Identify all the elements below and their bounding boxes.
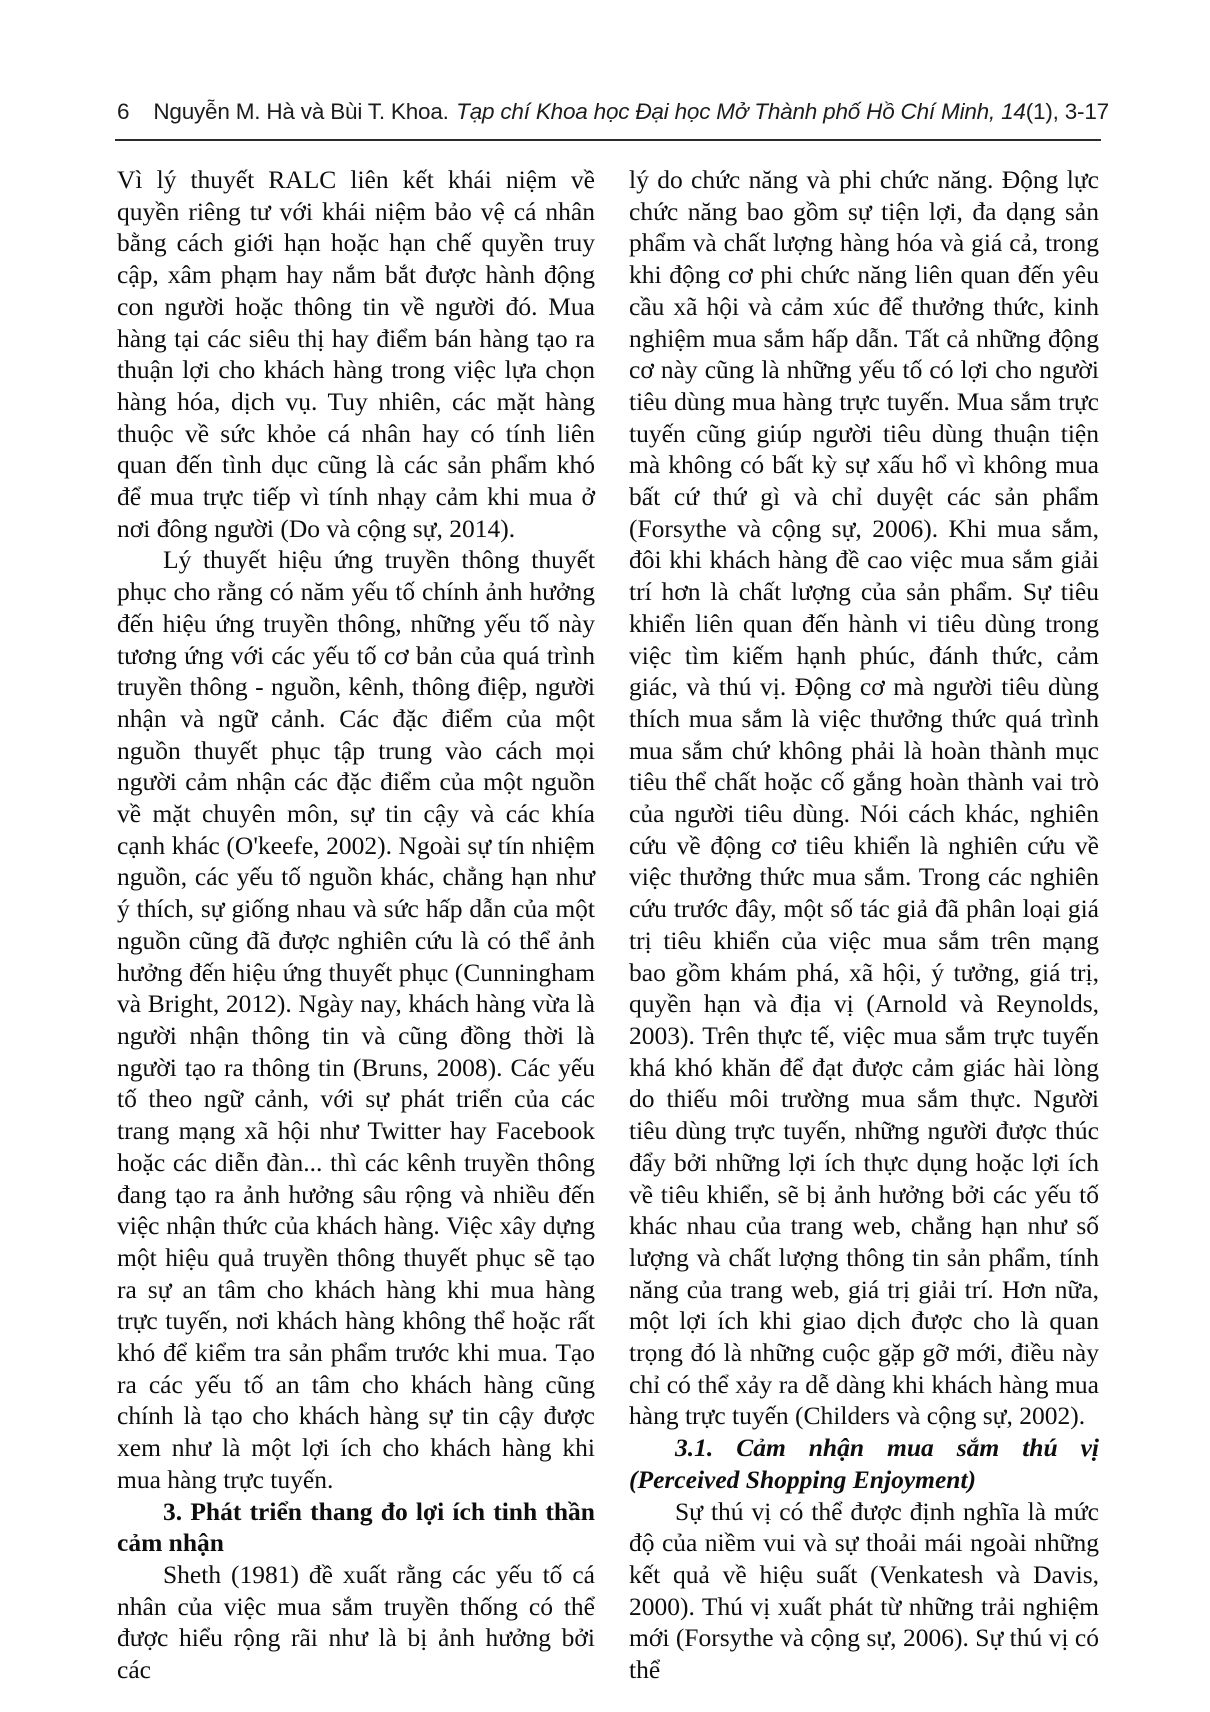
running-head-issue-pages: (1), 3-17 <box>1026 99 1109 124</box>
paragraph: Lý thuyết hiệu ứng truyền thông thuyết p… <box>117 544 595 1495</box>
running-head-citation: Nguyễn M. Hà và Bùi T. Khoa.Tạp chí Khoa… <box>153 99 1109 125</box>
running-head: 6 Nguyễn M. Hà và Bùi T. Khoa.Tạp chí Kh… <box>117 99 1103 125</box>
running-head-journal: Tạp chí Khoa học Đại học Mở Thành phố Hồ… <box>456 99 1026 124</box>
left-column: Vì lý thuyết RALC liên kết khái niệm về … <box>117 164 595 1686</box>
subsection-heading: 3.1. Cảm nhận mua sắm thú vị (Perceived … <box>629 1432 1099 1495</box>
section-heading: 3. Phát triển thang đo lợi ích tinh thần… <box>117 1496 595 1559</box>
running-head-authors: Nguyễn M. Hà và Bùi T. Khoa. <box>153 99 448 124</box>
page-number: 6 <box>117 99 129 125</box>
right-column: lý do chức năng và phi chức năng. Động l… <box>629 164 1099 1686</box>
paragraph: Sự thú vị có thể được định nghĩa là mức … <box>629 1496 1099 1686</box>
header-divider <box>115 139 1101 141</box>
paragraph: Sheth (1981) đề xuất rằng các yếu tố cá … <box>117 1559 595 1686</box>
journal-page: 6 Nguyễn M. Hà và Bùi T. Khoa.Tạp chí Kh… <box>0 0 1210 1712</box>
paragraph: lý do chức năng và phi chức năng. Động l… <box>629 164 1099 1432</box>
paragraph: Vì lý thuyết RALC liên kết khái niệm về … <box>117 164 595 544</box>
